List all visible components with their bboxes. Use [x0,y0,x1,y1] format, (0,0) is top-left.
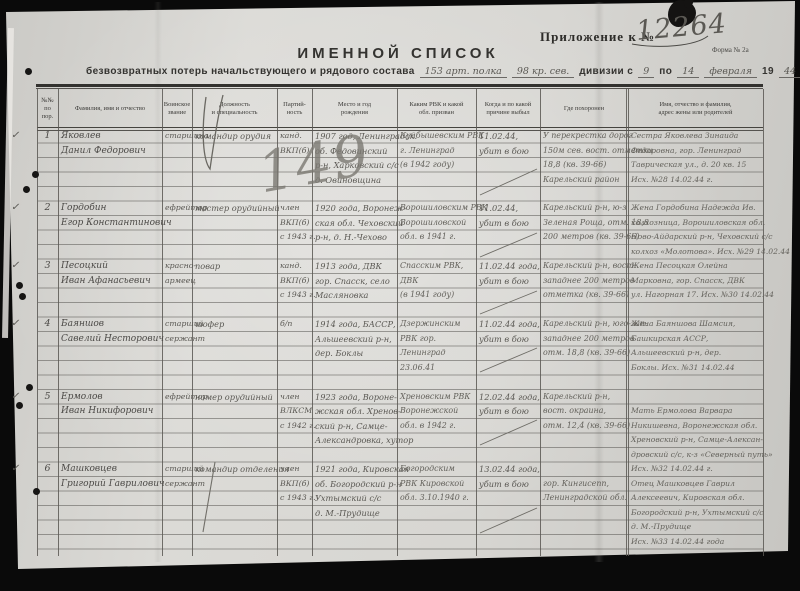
column-header-line: пор. [38,113,57,121]
handwritten-line: 23.06.41 [400,361,474,376]
handwritten-line: Башкирская АССР, [631,332,761,347]
column-header-left: Когда и по какойпричине выбыл [477,91,539,126]
row-5-rvk-cell: Хреновским РВКВоронежскойобл. в 1942 г. [400,390,474,434]
column-divider [476,89,477,556]
row-1-left-cell: 11.02.44,убит в бою [479,129,538,158]
handwritten-line: У перекрестка дорог [543,129,626,144]
handwritten-line: д. М.-Прудище [631,520,761,535]
column-header-buried: Где похоронен [541,91,627,126]
handwritten-line: 200 метров (кв. 39-66) [543,230,626,245]
row-3-family-cell: Жена Песоцкая ОлейнаМарковна, гор. Спасс… [631,259,761,303]
hole-punch [16,282,23,289]
handwritten-line: 11.02.44 года, [479,317,538,332]
row-4-left-cell: 11.02.44 года,убит в бою [479,317,538,346]
handwritten-line: Данил Федорович [61,144,160,159]
handwritten-line: старшина [165,129,190,144]
column-header-position: Должностьи специальность [193,91,276,126]
month-handwritten: февраля [704,66,757,78]
handwritten-line: Карельский район [543,173,626,188]
handwritten-line: колхозница, Ворошиловская обл. [631,216,761,231]
handwritten-line: Ново-Айдарский р-н, Чеховский с/с [631,230,761,245]
row-6-family-cell: Исх. №32 14.02.44 г.Отец Машковцев Гаври… [631,462,761,549]
handwritten-line: (в 1941 году) [400,288,474,303]
row-checkmark: ✓ [11,202,19,213]
handwritten-line: Ворошиловской [400,216,474,231]
handwritten-line: Марковна, гор. Спасск, ДВК [631,274,761,289]
row-5-position-cell: номер орудийный [195,390,275,405]
handwritten-line: отметка (кв. 39-66) [543,288,626,303]
handwritten-line: Альшеевский р-н, дер. [631,346,761,361]
row-number: 1 [37,130,58,141]
row-1-name-cell: ЯковлевДанил Федорович [61,129,160,158]
hole-punch [26,384,33,391]
column-header-num: №№попор. [38,91,57,126]
handwritten-line: ул. Нагорная 17. Исх. №30 14.02.44 [631,288,761,303]
handwritten-line: Ленинград [400,346,474,361]
handwritten-line: западнее 200 метров [543,332,626,347]
column-header-line: Воинское [163,101,191,109]
handwritten-line: ВКП(б) [280,216,310,231]
handwritten-line: Песоцкий [61,259,160,274]
column-header-line: звание [163,109,191,117]
handwritten-line: дер. Боклы [315,346,395,361]
row-5-party-cell: членВЛКСМс 1942 г. [280,390,310,434]
unit-handwritten: 153 арт. полка [420,66,507,78]
handwritten-line: Ленинградской обл. [543,491,626,506]
handwritten-line: РВК Кировской [400,477,474,492]
hole-punch [25,68,32,75]
row-3-position-cell: повар [195,259,275,274]
handwritten-line: убит в бою [479,477,538,492]
row-2-party-cell: членВКП(б)с 1943 г. [280,201,310,245]
row-checkmark: ✓ [11,130,19,141]
handwritten-line: ефрейтор [165,201,190,216]
handwritten-line: Александровка, хутор [315,433,395,448]
handwritten-line: обл. в 1942 г. [400,419,474,434]
row-2-rvk-cell: Ворошиловским РВКВорошиловскойобл. в 194… [400,201,474,245]
subtitle-printed-text: 19 [762,66,774,77]
handwritten-line: Иван Никифорович [61,404,160,419]
handwritten-line: ДВК [400,274,474,289]
row-2-birth-cell: 1920 года, Воронеж-ская обл. Чеховскийр-… [315,201,395,245]
handwritten-line: 13.02.44 года, [479,462,538,477]
handwritten-line: Дзержинским [400,317,474,332]
handwritten-line: Масляновка [315,288,395,303]
handwritten-line [631,390,761,405]
row-checkmark: ✓ [11,260,19,271]
column-header-line: Где похоронен [541,105,627,113]
handwritten-line: ВКП(б) [280,274,310,289]
handwritten-line: Алексеевич, Кировская обл. [631,491,761,506]
handwritten-line: Федоровна, гор. Ленинград [631,144,761,159]
handwritten-line: 1913 года, ДВК [315,259,395,274]
heavy-rule [36,84,763,87]
document-subtitle: безвозвратных потерь начальствующего и р… [86,66,776,78]
handwritten-line: р-н, д. Н.-Чехово [315,230,395,245]
handwritten-line: Яковлев [61,129,160,144]
handwritten-line: (в 1942 году) [400,158,474,173]
row-1-buried-cell: У перекрестка дорог150м сев. вост. отмет… [543,129,626,187]
handwritten-line: убит в бою [479,274,538,289]
handwritten-line [543,462,626,477]
handwritten-line: ВКП(б) [280,477,310,492]
handwritten-line: Машковцев [61,462,160,477]
row-4-family-cell: Жена Баяншова Шамсия,Башкирская АССР,Аль… [631,317,761,375]
row-1-rvk-cell: Куйбышевским РВКг. Ленинград(в 1942 году… [400,129,474,173]
column-header-line: ность [278,109,311,117]
column-header-line: Партий- [278,101,311,109]
form-number-label: Форма № 2а [712,46,749,54]
subtitle-printed-text: безвозвратных потерь начальствующего и р… [86,66,415,77]
handwritten-line: РВК гор. [400,332,474,347]
handwritten-line: Жена Гордобина Надежда Ив. [631,201,761,216]
handwritten-line: Мать Ермолова Варвара [631,404,761,419]
column-header-family: Имя, отчество и фамилия,адрес жены или р… [629,91,762,126]
handwritten-line: 150м сев. вост. отметки [543,144,626,159]
hole-punch [19,293,26,300]
handwritten-line: номер орудийный [195,390,275,405]
header-bottom-rule [37,127,763,128]
row-6-rvk-cell: БогородскимРВК Кировскойобл. 3.10.1940 г… [400,462,474,506]
handwritten-line: Ухтымский с/с [315,491,395,506]
row-5-buried-cell: Карельский р-н,вост. окраина,отм. 12,4 (… [543,390,626,434]
handwritten-line: отм. 12,4 (кв. 39-66) [543,419,626,434]
handwritten-line: Боклы. Исх. №31 14.02.44 [631,361,761,376]
handwritten-line: Куйбышевским РВК [400,129,474,144]
column-divider [58,89,59,556]
handwritten-line: Иван Афанасьевич [61,274,160,289]
column-header-line: Имя, отчество и фамилия, [629,101,762,109]
row-number: 5 [37,391,58,402]
handwritten-line: 1923 года, Вороне- [315,390,395,405]
handwritten-line: жская обл. Хренов- [315,404,395,419]
handwritten-line: Савелий Несторович [61,332,160,347]
column-header-line: адрес жены или родителей [629,109,762,117]
handwritten-line: ВЛКСМ [280,404,310,419]
row-2-family-cell: Жена Гордобина Надежда Ив.колхозница, Во… [631,201,761,259]
hole-punch [33,488,40,495]
row-number: 2 [37,202,58,213]
column-divider [763,89,764,556]
handwritten-line: 11.02.44 года, [479,259,538,274]
row-checkmark: ✓ [11,463,19,474]
handwritten-line: Зеленая Роща, отм. 18,8 [543,216,626,231]
hole-punch [32,171,39,178]
column-header-party: Партий-ность [278,91,311,126]
handwritten-line: Григорий Гаврилович [61,477,160,492]
handwritten-line: член [280,462,310,477]
column-header-line: Каким РВК и какой [398,101,475,109]
handwritten-line: Исх. №33 14.02.44 года [631,535,761,550]
row-number: 4 [37,318,58,329]
row-6-name-cell: МашковцевГригорий Гаврилович [61,462,160,491]
handwritten-line: Баяншов [61,317,160,332]
row-4-birth-cell: 1914 года, БАССР,Альшеевский р-н,дер. Бо… [315,317,395,361]
handwritten-line: Исх. №32 14.02.44 г. [631,462,761,477]
handwritten-line: канд. [280,259,310,274]
row-2-buried-cell: Карельский р-н, ю-зЗеленая Роща, отм. 18… [543,201,626,245]
column-header-line: и специальность [193,109,276,117]
handwritten-line: отм. 18,8 (кв. 39-66) [543,346,626,361]
handwritten-line: гор. Кингисепп, [543,477,626,492]
handwritten-line: Карельский р-н, [543,390,626,405]
handwritten-line: красно- [165,259,190,274]
column-header-line: обл. призван [398,109,475,117]
handwritten-line: сержант [165,332,190,347]
column-header-line: рождения [313,109,396,117]
handwritten-line: ская обл. Чеховский [315,216,395,231]
row-number: 6 [37,463,58,474]
handwritten-line: повар [195,259,275,274]
handwritten-line: убит в бою [479,144,538,159]
handwritten-line: дровский с/с, к-з «Северный путь» [631,448,761,463]
handwritten-line: убит в бою [479,332,538,347]
row-3-rank-cell: красно-армеец [165,259,190,288]
row-3-birth-cell: 1913 года, ДВКгор. Спасск, селоМасляновк… [315,259,395,303]
row-6-position-cell: командир отделения [195,462,275,477]
row-2-rank-cell: ефрейтор [165,201,190,216]
hole-punch [23,186,30,193]
handwritten-line: Исх. №28 14.02.44 г. [631,173,761,188]
column-header-line: причине выбыл [477,109,539,117]
column-header-line: №№ [38,97,57,105]
handwritten-line: Хреновский р-н, Самце-Алексан- [631,433,761,448]
handwritten-line: 11.02.44, [479,201,538,216]
row-3-buried-cell: Карельский р-н, вост.западнее 200 метров… [543,259,626,303]
column-divider [540,89,541,556]
handwritten-line: Альшеевский р-н, [315,332,395,347]
date-to-handwritten: 14 [677,66,699,78]
handwritten-line: Ворошиловским РВК [400,201,474,216]
column-header-line: Место и год [313,101,396,109]
column-header-rank: Воинскоезвание [163,91,191,126]
handwritten-line: Гордобин [61,201,160,216]
handwritten-line: убит в бою [479,216,538,231]
handwritten-line: с 1943 г. [280,230,310,245]
row-checkmark: ✓ [11,391,19,402]
handwritten-line: обл. в 1941 г. [400,230,474,245]
row-2-name-cell: ГордобинЕгор Константинович [61,201,160,230]
row-6-left-cell: 13.02.44 года,убит в бою [479,462,538,491]
handwritten-line: вост. окраина, [543,404,626,419]
handwritten-line: Отец Машковцев Гаврил [631,477,761,492]
column-header-line: по [38,105,57,113]
handwritten-line: Хреновским РВК [400,390,474,405]
row-checkmark: ✓ [11,318,19,329]
row-6-birth-cell: 1921 года, Кировскаяоб. Богородский р-нУ… [315,462,395,520]
handwritten-line: командир отделения [195,462,275,477]
document-title: ИМЕННОЙ СПИСОК [288,45,508,62]
handwritten-line: член [280,201,310,216]
row-3-name-cell: ПесоцкийИван Афанасьевич [61,259,160,288]
handwritten-line: Никишевна, Воронежская обл. [631,419,761,434]
row-4-name-cell: БаяншовСавелий Несторович [61,317,160,346]
handwritten-line: старший [165,462,190,477]
row-5-left-cell: 12.02.44 года,убит в бою [479,390,538,419]
handwritten-line: ский р-н, Самце- [315,419,395,434]
handwritten-line: 12.02.44 года, [479,390,538,405]
handwritten-line: 1920 года, Воронеж- [315,201,395,216]
handwritten-line: гор. Спасск, село [315,274,395,289]
column-header-line: Когда и по какой [477,101,539,109]
row-4-buried-cell: Карельский р-н, юго-зап.западнее 200 мет… [543,317,626,361]
column-header-name: Фамилия, имя и отчество [59,91,161,126]
handwritten-line: Карельский р-н, вост. [543,259,626,274]
row-5-rank-cell: ефрейтор [165,390,190,405]
handwritten-line: 18,8 (кв. 39-66) [543,158,626,173]
handwritten-line: сержант [165,477,190,492]
row-6-party-cell: членВКП(б)с 1943 г. [280,462,310,506]
row-6-buried-cell: гор. Кингисепп,Ленинградской обл. [543,462,626,506]
row-3-party-cell: канд.ВКП(б)с 1943 г. [280,259,310,303]
handwritten-line: шофер [195,317,275,332]
handwritten-line: об. Богородский р-н [315,477,395,492]
handwritten-line: ефрейтор [165,390,190,405]
handwritten-line: Ермолов [61,390,160,405]
row-1-family-cell: Сестра Яковлева ЗинаидаФедоровна, гор. Л… [631,129,761,187]
year-handwritten: 44 [779,66,800,78]
thin-rule [36,88,763,89]
handwritten-line: армеец [165,274,190,289]
column-header-line: Фамилия, имя и отчество [59,105,161,113]
row-5-family-cell: Мать Ермолова ВарвараНикишевна, Воронежс… [631,390,761,463]
handwritten-line: д. М.-Прудище [315,506,395,521]
handwritten-line: Богородский р-н, Ухтымский с/с [631,506,761,521]
handwritten-line: убит в бою [479,404,538,419]
row-4-party-cell: б/п [280,317,310,332]
handwritten-line: обл. 3.10.1940 г. [400,491,474,506]
row-4-rank-cell: старшийсержант [165,317,190,346]
column-header-rvk: Каким РВК и какойобл. призван [398,91,475,126]
handwritten-line: Воронежской [400,404,474,419]
handwritten-line: Таврическая ул., д. 20 кв. 15 [631,158,761,173]
column-header-birth: Место и годрождения [313,91,396,126]
handwritten-line: 11.02.44, [479,129,538,144]
division-handwritten: 98 кр. сев. [512,66,574,78]
handwritten-line: 1921 года, Кировская [315,462,395,477]
row-3-rvk-cell: Спасским РВК,ДВК(в 1941 году) [400,259,474,303]
handwritten-line: Богородским [400,462,474,477]
row-5-name-cell: ЕрмоловИван Никифорович [61,390,160,419]
subtitle-printed-text: дивизии с [579,66,633,77]
handwritten-line: б/п [280,317,310,332]
column-header-line: Должность [193,101,276,109]
handwritten-line: с 1943 г. [280,288,310,303]
row-3-left-cell: 11.02.44 года,убит в бою [479,259,538,288]
handwritten-line: 1914 года, БАССР, [315,317,395,332]
handwritten-line: западнее 200 метров [543,274,626,289]
handwritten-line: с 1942 г. [280,419,310,434]
handwritten-line: с 1943 г. [280,491,310,506]
row-4-rvk-cell: ДзержинскимРВК гор.Ленинград23.06.41 [400,317,474,375]
handwritten-line: Карельский р-н, ю-з [543,201,626,216]
row-5-birth-cell: 1923 года, Вороне-жская обл. Хренов-ский… [315,390,395,448]
scanned-document: Приложение к № 12264 Форма № 2а ИМЕННОЙ … [0,0,800,591]
date-from-handwritten: 9 [638,66,654,78]
handwritten-line: Егор Константинович [61,216,160,231]
subtitle-printed-text: по [659,66,672,77]
row-6-rank-cell: старшийсержант [165,462,190,491]
handwritten-line: старший [165,317,190,332]
hole-punch [16,402,23,409]
handwritten-line: член [280,390,310,405]
handwritten-line: Спасским РВК, [400,259,474,274]
handwritten-line: Карельский р-н, юго-зап. [543,317,626,332]
attachment-stamp: Приложение к № 12264 [540,26,655,45]
handwritten-line: Жена Баяншова Шамсия, [631,317,761,332]
handwritten-line: колхоз «Молотова». Исх. №29 14.02.44 [631,245,761,260]
handwritten-line: г. Ленинград [400,144,474,159]
row-2-left-cell: 11.02.44,убит в бою [479,201,538,230]
row-1-rank-cell: старшина [165,129,190,144]
handwritten-line: Сестра Яковлева Зинаида [631,129,761,144]
handwritten-line: Жена Песоцкая Олейна [631,259,761,274]
row-number: 3 [37,260,58,271]
row-4-position-cell: шофер [195,317,275,332]
